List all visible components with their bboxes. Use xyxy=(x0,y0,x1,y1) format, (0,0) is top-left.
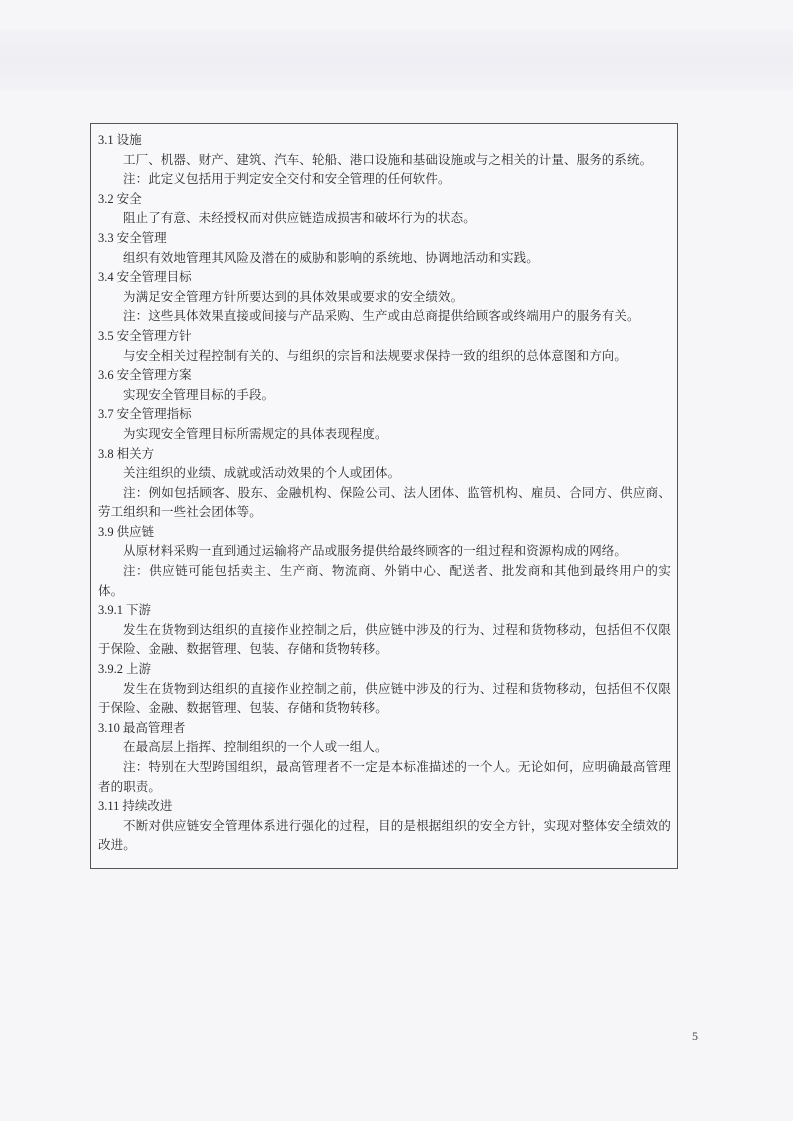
term-number: 3.8 xyxy=(98,447,114,461)
term-heading: 3.9.1下游 xyxy=(98,600,671,620)
term-number: 3.9.2 xyxy=(98,662,123,676)
term-number: 3.7 xyxy=(98,407,114,421)
term-heading: 3.6安全管理方案 xyxy=(98,365,671,385)
term-number: 3.2 xyxy=(98,192,114,206)
term-definition: 为实现安全管理目标所需规定的具体表现程度。 xyxy=(98,424,671,444)
scan-tint xyxy=(0,30,793,90)
term-number: 3.10 xyxy=(98,721,120,735)
definitions-box: 3.1设施工厂、机器、财产、建筑、汽车、轮船、港口设施和基础设施或与之相关的计量… xyxy=(90,123,678,869)
term-title: 相关方 xyxy=(117,446,155,461)
term-number: 3.4 xyxy=(98,270,114,284)
term-definition: 从原材料采购一直到通过运输将产品或服务提供给最终顾客的一组过程和资源构成的网络。 xyxy=(98,541,671,561)
term-heading: 3.9供应链 xyxy=(98,522,671,542)
term-definition: 工厂、机器、财产、建筑、汽车、轮船、港口设施和基础设施或与之相关的计量、服务的系… xyxy=(98,150,671,170)
term-heading: 3.2安全 xyxy=(98,189,671,209)
term-definition: 实现安全管理目标的手段。 xyxy=(98,385,671,405)
term-number: 3.11 xyxy=(98,799,119,813)
term-number: 3.9 xyxy=(98,525,114,539)
term-title: 设施 xyxy=(117,132,142,147)
term-definition: 发生在货物到达组织的直接作业控制之后，供应链中涉及的行为、过程和货物移动，包括但… xyxy=(98,620,671,659)
term-title: 供应链 xyxy=(117,524,155,539)
term-heading: 3.11持续改进 xyxy=(98,796,671,816)
term-heading: 3.8相关方 xyxy=(98,444,671,464)
term-number: 3.5 xyxy=(98,329,114,343)
term-definition: 关注组织的业绩、成就或活动效果的个人或团体。 xyxy=(98,463,671,483)
term-title: 持续改进 xyxy=(122,798,172,813)
term-heading: 3.10最高管理者 xyxy=(98,718,671,738)
term-definition: 阻止了有意、未经授权而对供应链造成损害和破坏行为的状态。 xyxy=(98,208,671,228)
term-title: 上游 xyxy=(126,661,151,676)
term-heading: 3.5安全管理方针 xyxy=(98,326,671,346)
term-number: 3.6 xyxy=(98,368,114,382)
term-heading: 3.4安全管理目标 xyxy=(98,267,671,287)
term-note: 注：供应链可能包括卖主、生产商、物流商、外销中心、配送者、批发商和其他到最终用户… xyxy=(98,561,671,600)
term-title: 安全管理 xyxy=(117,230,167,245)
term-title: 安全 xyxy=(117,191,142,206)
term-note: 注：例如包括顾客、股东、金融机构、保险公司、法人团体、监管机构、雇员、合同方、供… xyxy=(98,483,671,522)
term-title: 安全管理目标 xyxy=(117,269,192,284)
term-definition: 发生在货物到达组织的直接作业控制之前，供应链中涉及的行为、过程和货物移动，包括但… xyxy=(98,679,671,718)
term-heading: 3.1设施 xyxy=(98,130,671,150)
term-definition: 组织有效地管理其风险及潜在的威胁和影响的系统地、协调地活动和实践。 xyxy=(98,248,671,268)
term-number: 3.3 xyxy=(98,231,114,245)
page-number: 5 xyxy=(692,1029,698,1044)
term-heading: 3.9.2上游 xyxy=(98,659,671,679)
term-definition: 在最高层上指挥、控制组织的一个人或一组人。 xyxy=(98,737,671,757)
term-number: 3.1 xyxy=(98,133,114,147)
term-definition: 不断对供应链安全管理体系进行强化的过程，目的是根据组织的安全方针，实现对整体安全… xyxy=(98,816,671,855)
term-number: 3.9.1 xyxy=(98,603,123,617)
term-title: 最高管理者 xyxy=(123,720,186,735)
term-heading: 3.7安全管理指标 xyxy=(98,404,671,424)
term-note: 注：此定义包括用于判定安全交付和安全管理的任何软件。 xyxy=(98,169,671,189)
term-title: 安全管理指标 xyxy=(117,406,192,421)
term-note: 注：特别在大型跨国组织，最高管理者不一定是本标准描述的一个人。无论如何，应明确最… xyxy=(98,757,671,796)
term-definition: 与安全相关过程控制有关的、与组织的宗旨和法规要求保持一致的组织的总体意图和方向。 xyxy=(98,346,671,366)
term-definition: 为满足安全管理方针所要达到的具体效果或要求的安全绩效。 xyxy=(98,287,671,307)
term-title: 下游 xyxy=(126,602,151,617)
term-title: 安全管理方针 xyxy=(117,328,192,343)
definitions-list: 3.1设施工厂、机器、财产、建筑、汽车、轮船、港口设施和基础设施或与之相关的计量… xyxy=(98,130,671,855)
term-note: 注：这些具体效果直接或间接与产品采购、生产或由总商提供给顾客或终端用户的服务有关… xyxy=(98,306,671,326)
term-title: 安全管理方案 xyxy=(117,367,192,382)
term-heading: 3.3安全管理 xyxy=(98,228,671,248)
